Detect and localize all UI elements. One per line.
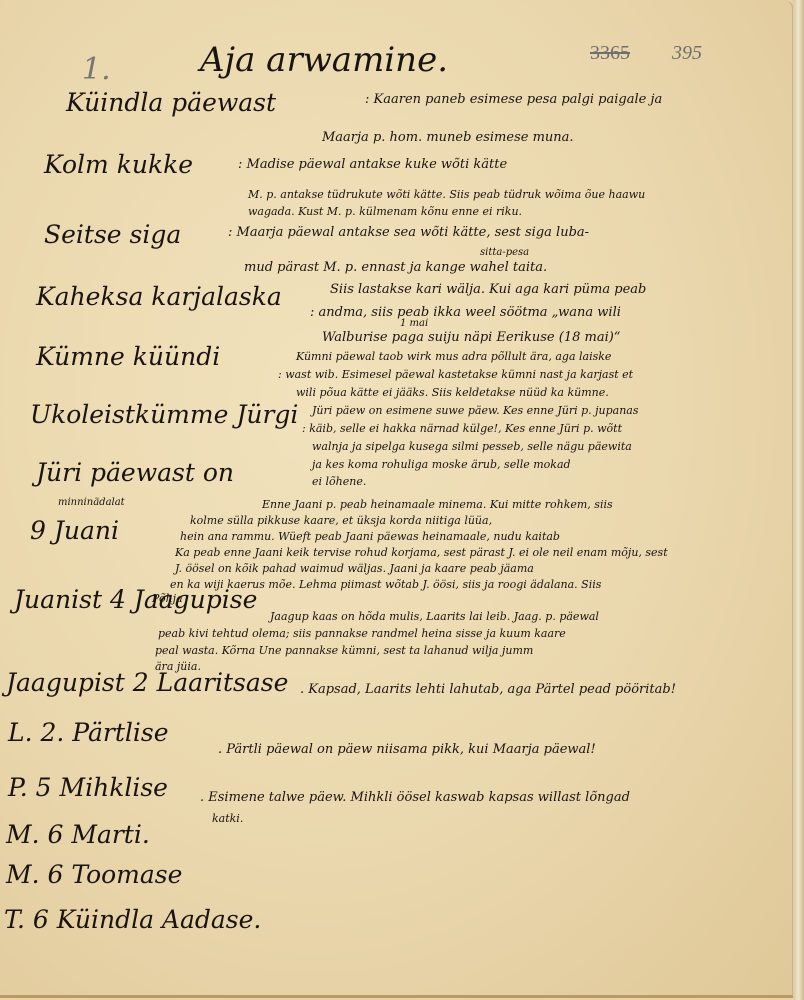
entry-line: Walburise paga suiju näpi Eerikuse (18 m… <box>322 330 620 345</box>
entry-line: Maarja p. hom. muneb esimese muna. <box>322 130 574 145</box>
entry-line: . Pärtli päewal on päew niisama pikk, ku… <box>218 742 596 757</box>
entry-heading: Kümne küündi <box>36 342 220 371</box>
entry-heading: M. 6 Toomase <box>6 860 182 889</box>
entry-heading: Jüri päewast on <box>36 458 234 487</box>
entry-line: walnja ja sipelga kusega silmi pesseb, s… <box>312 440 632 453</box>
entry-line: wagada. Kust M. p. külmenam kõnu enne ei… <box>248 205 522 218</box>
entry-line: : Madise päewal antakse kuke wõti kätte <box>238 157 507 172</box>
entry-line: peal wasta. Kõrna Une pannakse kümni, se… <box>155 644 533 657</box>
entry-line: : andma, siis peab ikka weel söötma „wan… <box>310 305 621 320</box>
entry-heading: Kolm kukke <box>44 150 193 179</box>
entry-insertion: 1 mai <box>400 318 428 329</box>
entry-line: hein ana rammu. Wüeft peab Jaani päewas … <box>180 530 560 543</box>
entry-line: : wast wib. Esimesel päewal kastetakse k… <box>278 368 633 381</box>
entry-line: Ka peab enne Jaani keik tervise rohud ko… <box>175 546 668 559</box>
page-title: Aja arwamine. <box>200 40 448 80</box>
entry-line: wili põua kätte ei jääks. Siis keldetaks… <box>296 386 609 399</box>
entry-heading: 9 Juani <box>30 516 119 545</box>
entry-line: Enne Jaani p. peab heinamaale minema. Ku… <box>262 498 613 511</box>
entry-heading: M. 6 Marti. <box>6 820 150 849</box>
archive-number-struck: 3365 <box>590 42 630 65</box>
entry-heading: P. 5 Mihklise <box>8 773 168 802</box>
entry-heading: Kaheksa karjalaska <box>36 282 282 311</box>
entry-heading: Seitse siga <box>44 220 181 249</box>
entry-line: . Esimene talwe päew. Mihkli öösel kaswa… <box>200 790 630 805</box>
entry-line: Kümni päewal taob wirk mus adra põllult … <box>296 350 611 363</box>
entry-insertion: sitta-pesa <box>480 247 529 258</box>
entry-line: J. öösel on kõik pahad waimud wäljas. Ja… <box>175 562 534 575</box>
entry-line: Jaagup kaas on hõda mulis, Laarits lai l… <box>270 610 599 623</box>
entry-overhead: minninädalat <box>58 497 125 508</box>
entry-line: katki. <box>212 812 243 825</box>
entry-line: : Maarja päewal antakse sea wõti kätte, … <box>228 225 589 240</box>
entry-heading: Ukoleistkümme Jürgi <box>30 400 298 429</box>
page-edge <box>793 0 804 1000</box>
archive-number: 395 <box>672 42 702 65</box>
page-mark: 1. <box>82 52 111 87</box>
entry-line: . Kapsad, Laarits lehti lahutab, aga Pär… <box>300 682 676 697</box>
entry-heading: L. 2. Pärtlise <box>8 718 169 747</box>
entry-line: kolme sülla pikkuse kaare, et üksja kord… <box>190 514 492 527</box>
entry-line: peab kivi tehtud olema; siis pannakse ra… <box>158 627 566 640</box>
entry-line: Siis lastakse kari wälja. Kui aga kari p… <box>330 282 646 297</box>
entry-line: ja kes koma rohuliga moske ärub, selle m… <box>312 458 571 471</box>
entry-heading: Juanist 4 Jaagupise <box>14 585 257 614</box>
entry-line: mud pärast M. p. ennast ja kange wahel t… <box>244 260 547 275</box>
entry-line: : käib, selle ei hakka närnad külge!, Ke… <box>302 422 622 435</box>
entry-heading: Jaagupist 2 Laaritsase <box>6 668 288 697</box>
entry-line: Jüri päew on esimene suwe päew. Kes enne… <box>312 404 639 417</box>
entry-line: : Kaaren paneb esimese pesa palgi paigal… <box>365 92 662 107</box>
entry-heading: T. 6 Küindla Aadase. <box>4 905 261 934</box>
entry-line: ei lõhene. <box>312 475 366 488</box>
entry-heading: Küindla päewast <box>66 88 276 117</box>
entry-line: M. p. antakse tüdrukute wõti kätte. Siis… <box>248 188 645 201</box>
